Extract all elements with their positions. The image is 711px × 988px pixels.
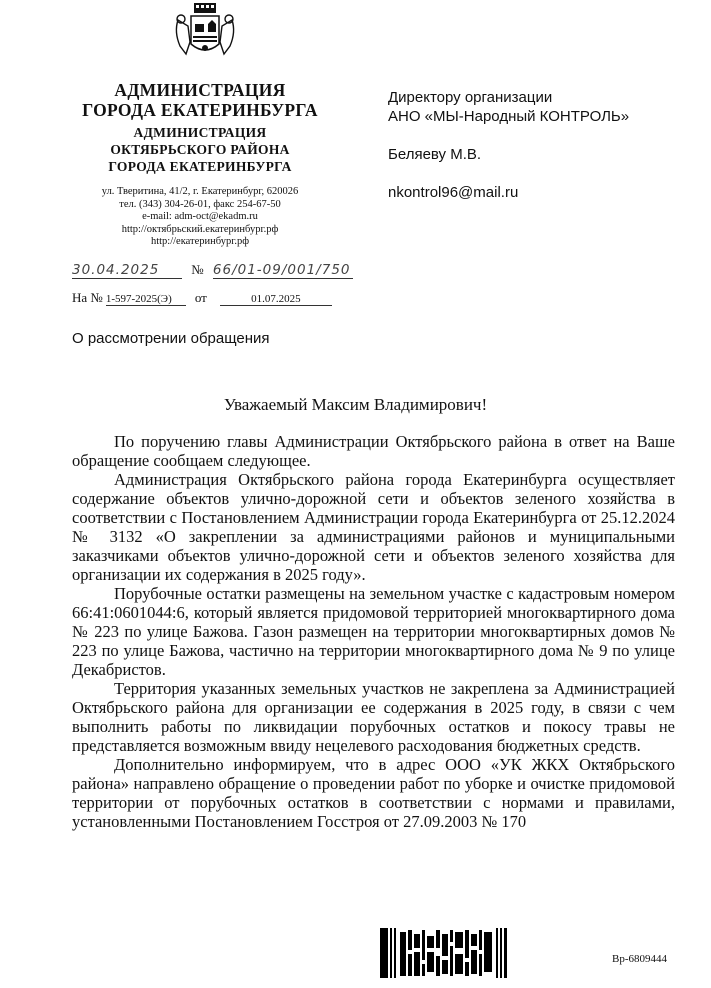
reference-row: На № 1-597-2025(Э) от 01.07.2025 — [72, 290, 332, 306]
number-label: № — [191, 262, 203, 277]
registration-date: 30.04.2025 — [72, 262, 182, 279]
recipient-email: nkontrol96@mail.ru — [388, 183, 629, 202]
paragraph: Администрация Октябрьского района города… — [72, 470, 675, 584]
sub-org-line-2: ОКТЯБРЬСКОГО РАЙОНА — [70, 141, 330, 158]
pdf417-barcode-icon — [380, 928, 550, 978]
sub-org-line-1: АДМИНИСТРАЦИЯ — [70, 124, 330, 141]
paragraph: Территория указанных земельных участков … — [72, 679, 675, 755]
letter-subject: О рассмотрении обращения — [72, 330, 270, 347]
letter-body: По поручению главы Администрации Октябрь… — [72, 432, 675, 831]
recipient-block: Директору организации АНО «МЫ-Народный К… — [388, 88, 629, 202]
salutation: Уважаемый Максим Владимирович! — [0, 395, 711, 415]
sub-org-name: АДМИНИСТРАЦИЯ ОКТЯБРЬСКОГО РАЙОНА ГОРОДА… — [70, 124, 330, 175]
paragraph: Порубочные остатки размещены на земельно… — [72, 584, 675, 679]
org-line-2: ГОРОДА ЕКАТЕРИНБУРГА — [70, 100, 330, 120]
paragraph: По поручению главы Администрации Октябрь… — [72, 432, 675, 470]
ref-from-label: от — [195, 290, 207, 305]
org-address: ул. Тверитина, 41/2, г. Екатеринбург, 62… — [70, 186, 330, 199]
ref-number: 1-597-2025(Э) — [106, 293, 186, 306]
recipient-name: Беляеву М.В. — [388, 145, 629, 164]
ref-date: 01.07.2025 — [220, 293, 332, 306]
org-site-1: http://октябрьский.екатеринбург.рф — [70, 224, 330, 237]
paragraph: Дополнительно информируем, что в адрес О… — [72, 755, 675, 831]
org-phone: тел. (343) 304-26-01, факс 254-67-50 — [70, 199, 330, 212]
org-site-2: http://екатеринбург.рф — [70, 236, 330, 249]
org-email: e-mail: adm-oct@ekadm.ru — [70, 211, 330, 224]
org-contacts: ул. Тверитина, 41/2, г. Екатеринбург, 62… — [70, 186, 330, 249]
registration-number: 66/01-09/001/750 — [213, 262, 353, 279]
recipient-organization: АНО «МЫ-Народный КОНТРОЛЬ» — [388, 107, 629, 126]
coat-of-arms-icon — [164, 2, 246, 66]
sub-org-line-3: ГОРОДА ЕКАТЕРИНБУРГА — [70, 158, 330, 175]
recipient-position: Директору организации — [388, 88, 629, 107]
org-line-1: АДМИНИСТРАЦИЯ — [70, 80, 330, 100]
document-code: Вр-6809444 — [612, 953, 667, 965]
org-name: АДМИНИСТРАЦИЯ ГОРОДА ЕКАТЕРИНБУРГА — [70, 80, 330, 120]
ref-label: На № — [72, 290, 103, 305]
registration-row: 30.04.2025 № 66/01-09/001/750 — [72, 262, 353, 284]
